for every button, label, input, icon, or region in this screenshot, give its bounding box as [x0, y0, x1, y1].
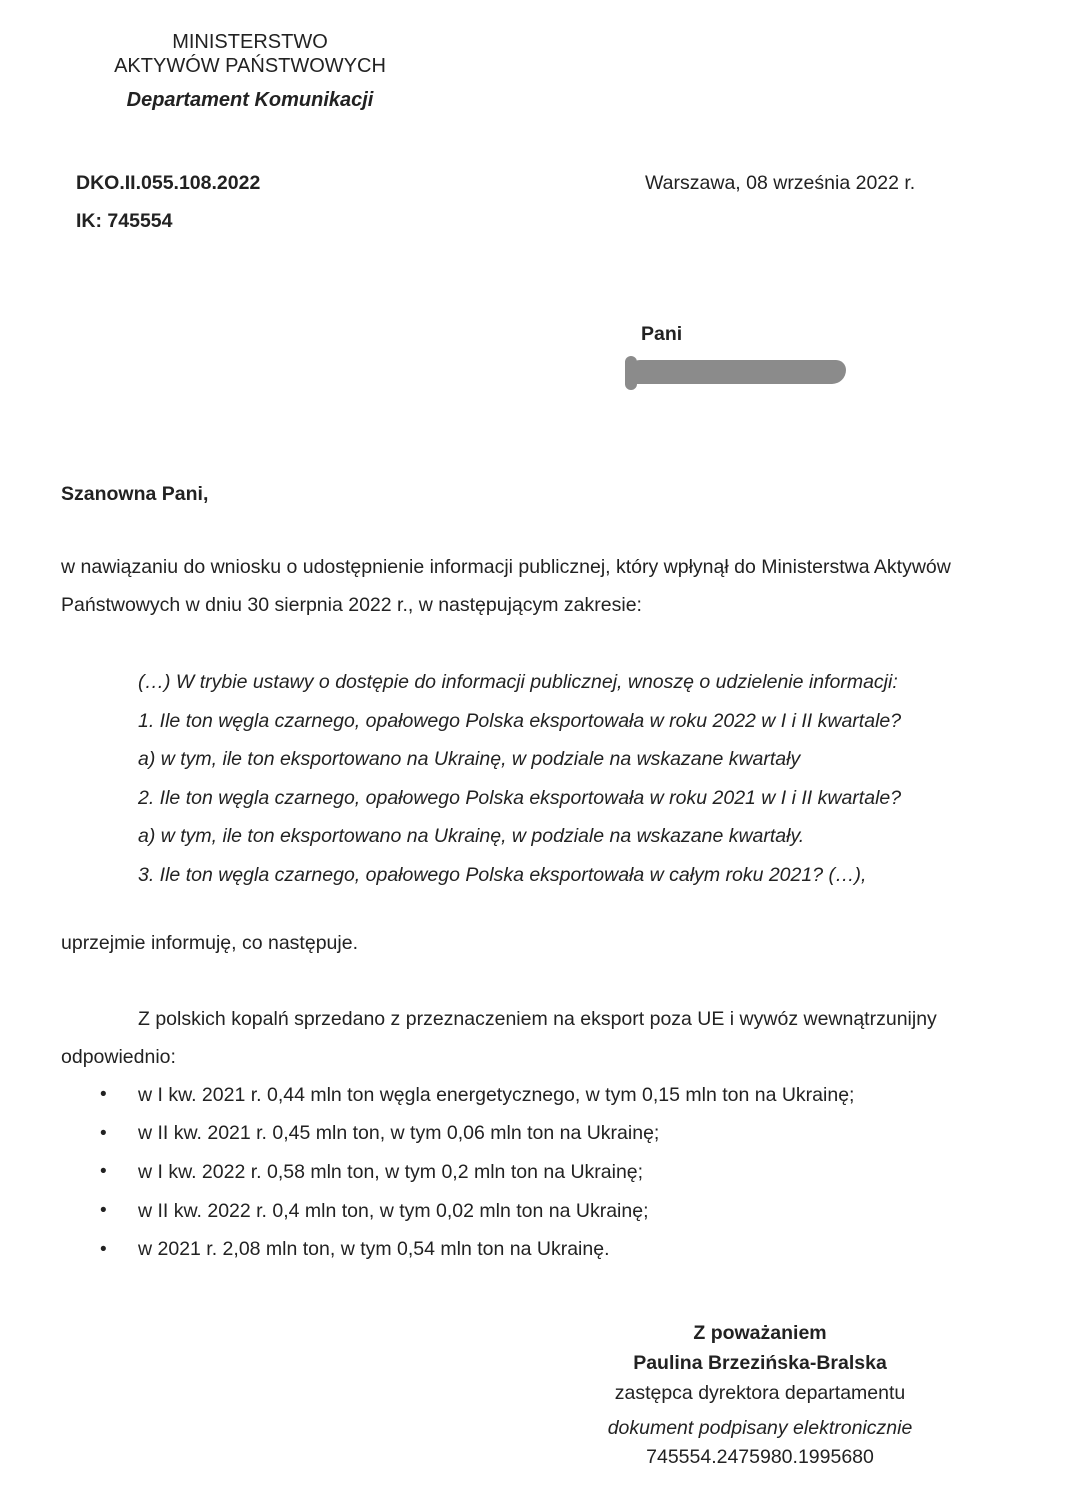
quoted-request-line: (…) W trybie ustawy o dostępie do inform…: [138, 663, 1038, 702]
department-name: Departament Komunikacji: [60, 89, 440, 112]
list-item: • w 2021 r. 2,08 mln ton, w tym 0,54 mln…: [100, 1230, 1000, 1269]
bullet-text: w II kw. 2022 r. 0,4 mln ton, w tym 0,02…: [138, 1200, 649, 1223]
list-item: • w I kw. 2022 r. 0,58 mln ton, w tym 0,…: [100, 1153, 1000, 1192]
bullet-text: w I kw. 2022 r. 0,58 mln ton, w tym 0,2 …: [138, 1161, 643, 1184]
intro-line-1: w nawiązaniu do wniosku o udostępnienie …: [61, 548, 951, 586]
salutation: Szanowna Pani,: [61, 483, 208, 506]
quoted-request-line: 1. Ile ton węgla czarnego, opałowego Pol…: [138, 702, 1038, 741]
quoted-request: (…) W trybie ustawy o dostępie do inform…: [138, 663, 1038, 894]
quoted-request-line: a) w tym, ile ton eksportowano na Ukrain…: [138, 740, 1038, 779]
bullet-icon: •: [100, 1200, 138, 1222]
letterhead: MINISTERSTWO AKTYWÓW PAŃSTWOWYCH Departa…: [60, 30, 440, 112]
bullet-icon: •: [100, 1123, 138, 1145]
closing-regards: Z poważaniem: [560, 1318, 960, 1348]
answer-line-1: Z polskich kopalń sprzedano z przeznacze…: [138, 1000, 937, 1038]
signature-block: Z poważaniem Paulina Brzezińska-Bralska …: [560, 1318, 960, 1471]
answer-bullet-list: • w I kw. 2021 r. 0,44 mln ton węgla ene…: [100, 1076, 1000, 1269]
signature-id: 745554.2475980.1995680: [560, 1443, 960, 1471]
response-intro: uprzejmie informuję, co następuje.: [61, 924, 358, 962]
bullet-icon: •: [100, 1239, 138, 1261]
quoted-request-line: 3. Ile ton węgla czarnego, opałowego Pol…: [138, 856, 1038, 895]
signatory-position: zastępca dyrektora departamentu: [560, 1378, 960, 1408]
case-number: DKO.II.055.108.2022: [76, 172, 260, 195]
bullet-icon: •: [100, 1161, 138, 1183]
bullet-text: w I kw. 2021 r. 0,44 mln ton węgla energ…: [138, 1084, 854, 1107]
ministry-name-line2: AKTYWÓW PAŃSTWOWYCH: [60, 54, 440, 78]
list-item: • w II kw. 2022 r. 0,4 mln ton, w tym 0,…: [100, 1192, 1000, 1231]
quoted-request-line: 2. Ile ton węgla czarnego, opałowego Pol…: [138, 779, 1038, 818]
signatory-name: Paulina Brzezińska-Bralska: [560, 1348, 960, 1378]
answer-line-2: odpowiednio:: [61, 1038, 176, 1076]
addressee-title: Pani: [641, 323, 682, 346]
ministry-name-line1: MINISTERSTWO: [60, 30, 440, 54]
quoted-request-line: a) w tym, ile ton eksportowano na Ukrain…: [138, 817, 1038, 856]
bullet-text: w II kw. 2021 r. 0,45 mln ton, w tym 0,0…: [138, 1122, 659, 1145]
bullet-text: w 2021 r. 2,08 mln ton, w tym 0,54 mln t…: [138, 1238, 610, 1261]
redacted-name-block: [628, 360, 846, 384]
bullet-icon: •: [100, 1084, 138, 1106]
intro-line-2: Państwowych w dniu 30 sierpnia 2022 r., …: [61, 586, 642, 624]
list-item: • w II kw. 2021 r. 0,45 mln ton, w tym 0…: [100, 1115, 1000, 1154]
letter-date: Warszawa, 08 września 2022 r.: [645, 172, 915, 195]
ik-number: IK: 745554: [76, 210, 172, 233]
electronic-signature-note: dokument podpisany elektronicznie: [560, 1413, 960, 1443]
list-item: • w I kw. 2021 r. 0,44 mln ton węgla ene…: [100, 1076, 1000, 1115]
